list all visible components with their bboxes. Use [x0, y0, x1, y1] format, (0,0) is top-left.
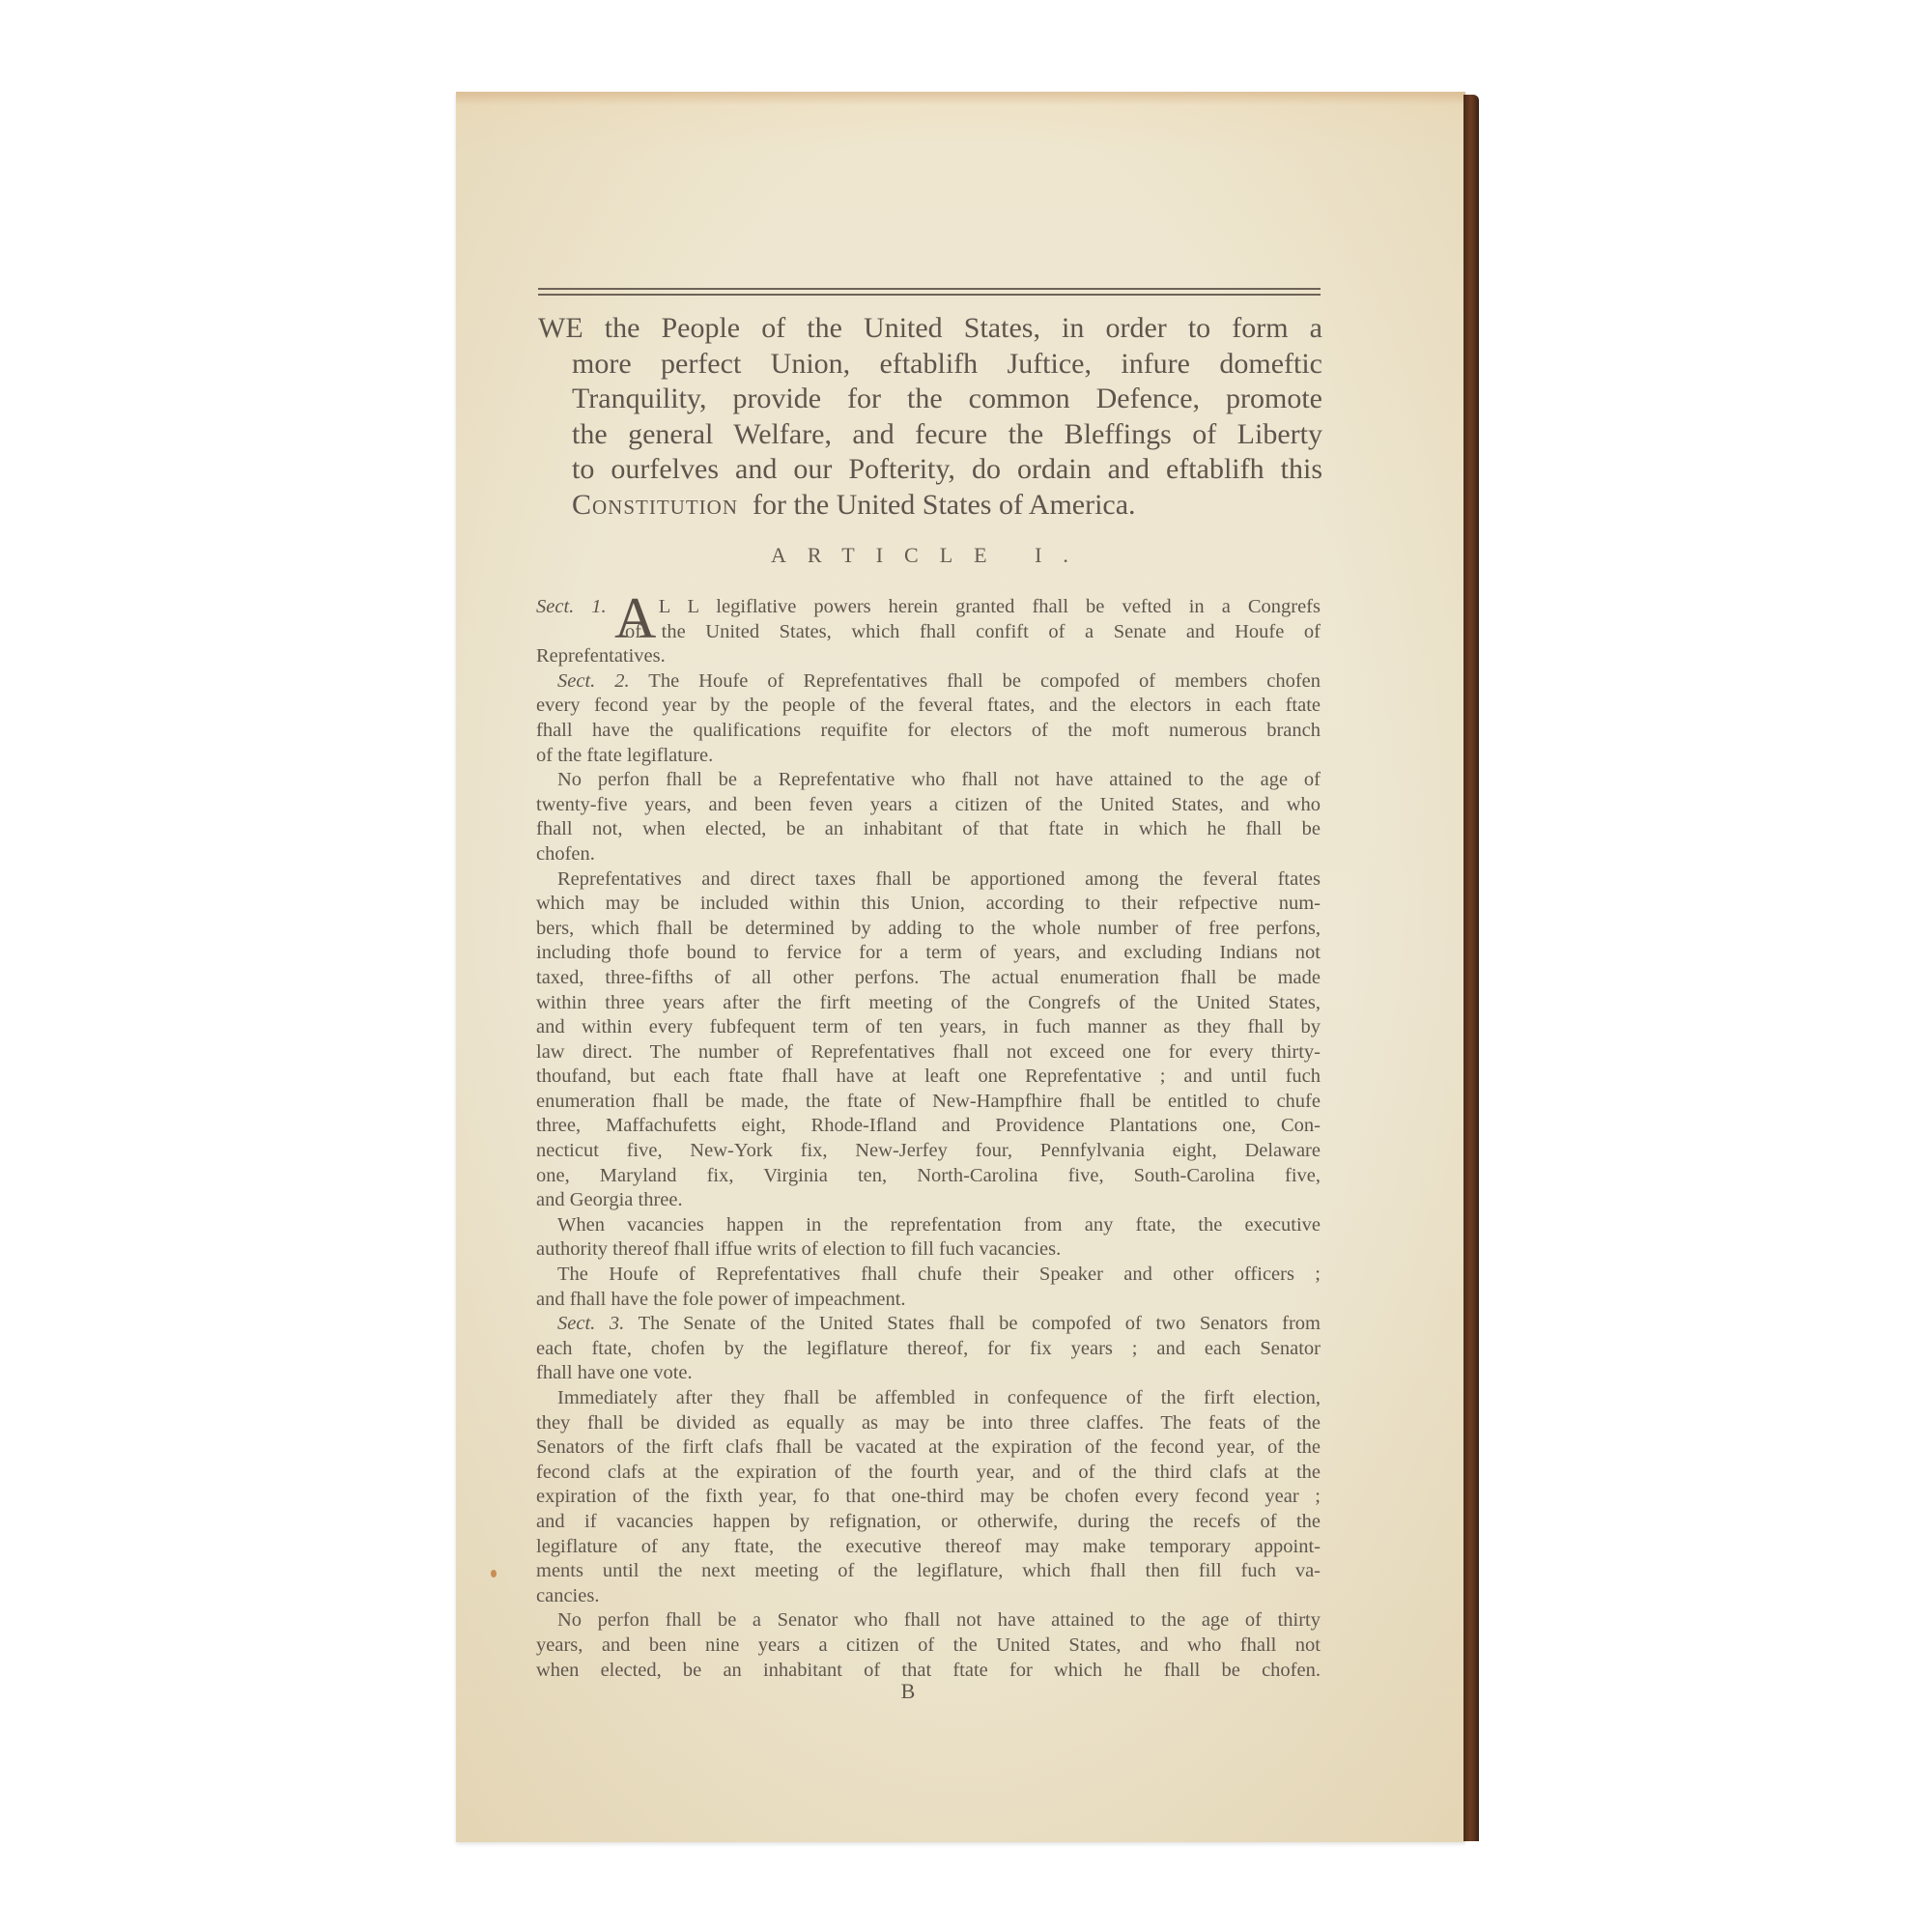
body-line: and fhall have the fole power of impeach…: [536, 1288, 1321, 1313]
section-label: Sect. 3.: [557, 1313, 624, 1334]
body-line: twenty-five years, and been feven years …: [536, 793, 1321, 818]
article-body: Sect. 1.L L legiflative powers herein gr…: [536, 595, 1321, 1683]
body-line: they fhall be divided as equally as may …: [536, 1411, 1321, 1436]
body-line: including thofe bound to fervice for a t…: [536, 941, 1321, 966]
body-line: Sect. 1.L L legiflative powers herein gr…: [536, 595, 1321, 620]
constitution-smallcaps: Constitution: [572, 489, 738, 521]
body-line: legiflature of any ftate, the executive …: [536, 1535, 1321, 1560]
body-line: thoufand, but each ftate fhall have at l…: [536, 1065, 1321, 1090]
body-line: authority thereof fhall iffue writs of e…: [536, 1237, 1321, 1263]
body-line: The Houfe of Reprefentatives fhall chufe…: [536, 1263, 1321, 1288]
body-line: Immediately after they fhall be affemble…: [536, 1386, 1321, 1411]
foxing-spot: [491, 1570, 497, 1577]
header-double-rule-bottom: [538, 294, 1321, 296]
preamble-line: Tranquility, provide for the common Defe…: [538, 382, 1322, 417]
body-line: every fecond year by the people of the f…: [536, 694, 1321, 719]
preamble-line: to ourfelves and our Pofterity, do ordai…: [538, 452, 1322, 488]
body-line: fecond clafs at the expiration of the fo…: [536, 1461, 1321, 1486]
preamble-line: more perfect Union, eftablifh Juftice, i…: [538, 347, 1322, 383]
body-line: fhall not, when elected, be an inhabitan…: [536, 817, 1321, 842]
signature-mark: B: [0, 1679, 1932, 1704]
header-double-rule-top: [538, 288, 1321, 290]
preamble-line: Constitution for the United States of Am…: [538, 488, 1322, 524]
body-line: which may be included within this Union,…: [536, 892, 1321, 917]
body-line: enumeration fhall be made, the ftate of …: [536, 1090, 1321, 1115]
section-label: Sect. 2.: [557, 670, 630, 692]
body-line: Reprefentatives.: [536, 644, 1321, 669]
body-line: three, Maffachufetts eight, Rhode-Ifland…: [536, 1114, 1321, 1139]
body-line: No perfon fhall be a Reprefentative who …: [536, 768, 1321, 793]
body-line: cancies.: [536, 1584, 1321, 1609]
preamble-line: the general Welfare, and fecure the Blef…: [538, 417, 1322, 453]
body-line: fhall have one vote.: [536, 1361, 1321, 1386]
body-line: and if vacancies happen by refignation, …: [536, 1510, 1321, 1535]
body-line: bers, which fhall be determined by addin…: [536, 917, 1321, 942]
article-heading: ARTICLE I.: [538, 543, 1322, 568]
body-line: Senators of the firft clafs fhall be vac…: [536, 1435, 1321, 1461]
preamble-line-rest: for the United States of America.: [753, 489, 1136, 521]
body-line: ments until the next meeting of the legi…: [536, 1559, 1321, 1584]
body-line: taxed, three-fifths of all other perfons…: [536, 966, 1321, 991]
body-line: years, and been nine years a citizen of …: [536, 1634, 1321, 1659]
body-line: Sect. 3. The Senate of the United States…: [536, 1312, 1321, 1337]
preamble-line: WE the People of the United States, in o…: [538, 311, 1322, 347]
body-line: necticut five, New-York fix, New-Jerfey …: [536, 1139, 1321, 1164]
body-line: law direct. The number of Reprefentative…: [536, 1040, 1321, 1065]
body-line: within three years after the firft meeti…: [536, 991, 1321, 1016]
body-line: chofen.: [536, 842, 1321, 867]
body-line: of the United States, which fhall confif…: [536, 620, 1321, 645]
section-label: Sect. 1.: [536, 596, 607, 617]
body-line: expiration of the fixth year, fo that on…: [536, 1485, 1321, 1510]
body-line: fhall have the qualifications requifite …: [536, 719, 1321, 744]
body-line: and within every fubfequent term of ten …: [536, 1015, 1321, 1040]
body-line: of the ftate legiflature.: [536, 744, 1321, 769]
body-line: and Georgia three.: [536, 1188, 1321, 1213]
body-line: each ftate, chofen by the legiflature th…: [536, 1337, 1321, 1362]
body-line: one, Maryland fix, Virginia ten, North-C…: [536, 1164, 1321, 1189]
body-line: Reprefentatives and direct taxes fhall b…: [536, 867, 1321, 893]
preamble: WE the People of the United States, in o…: [538, 311, 1322, 523]
body-line: Sect. 2. The Houfe of Reprefentatives fh…: [536, 669, 1321, 695]
body-line: No perfon fhall be a Senator who fhall n…: [536, 1608, 1321, 1634]
body-line: When vacancies happen in the reprefentat…: [536, 1213, 1321, 1238]
leather-binding-edge: [1463, 95, 1479, 1841]
